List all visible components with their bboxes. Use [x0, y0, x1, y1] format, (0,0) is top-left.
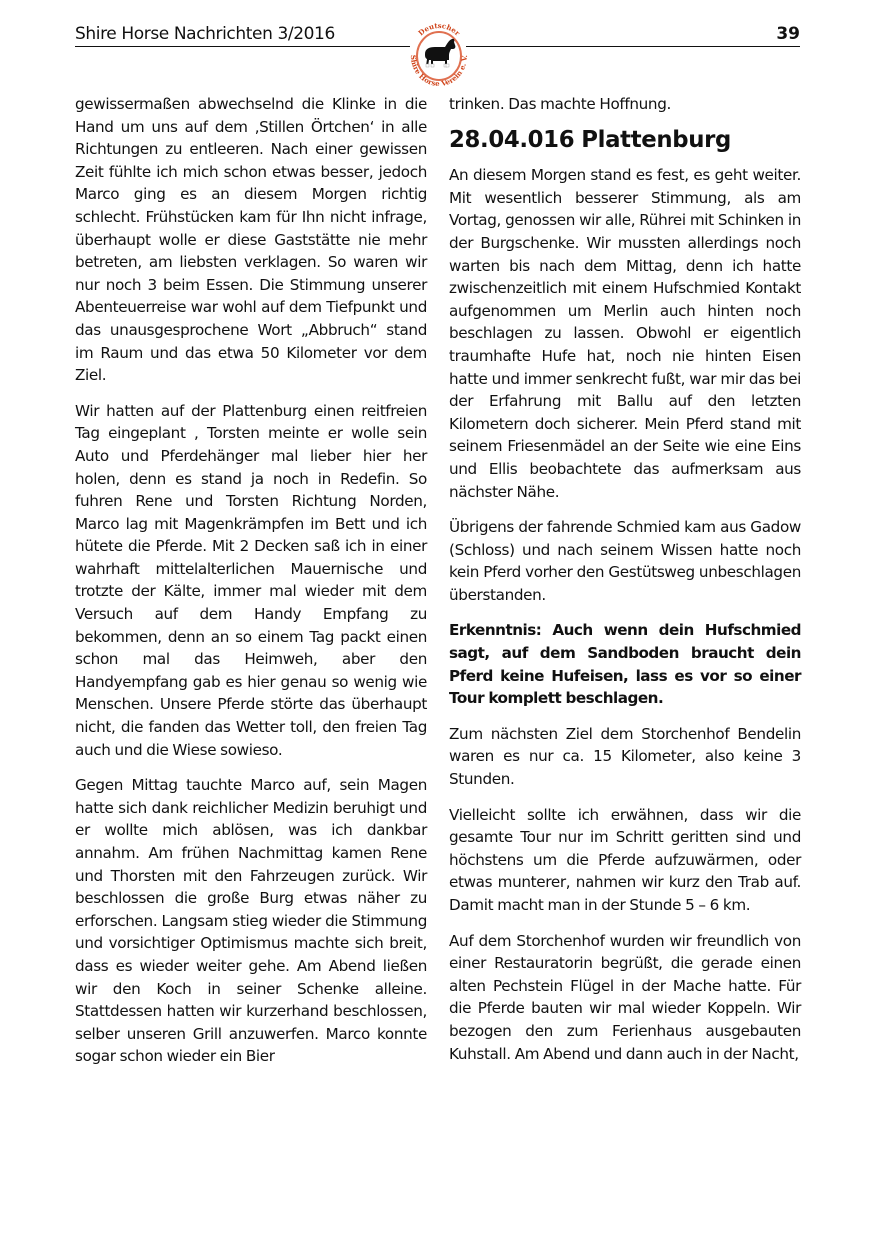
body-paragraph: Auf dem Storchenhof wurden wir freundlic…	[449, 930, 801, 1066]
body-paragraph: Zum nächsten Ziel dem Storchenhof Bendel…	[449, 723, 801, 791]
body-paragraph: trinken. Das machte Hoffnung.	[449, 93, 801, 116]
horse-icon: Deutscher Shire Horse Verein e. V.	[405, 18, 473, 94]
header-rule-right	[466, 46, 800, 47]
header-rule-left	[75, 46, 410, 47]
body-paragraph: Wir hatten auf der Plattenburg einen rei…	[75, 400, 427, 762]
page-header: Shire Horse Nachrichten 3/2016 Deutscher…	[0, 0, 874, 100]
right-column: trinken. Das machte Hoffnung. 28.04.016 …	[449, 93, 801, 1078]
body-paragraph: gewissermaßen abwechselnd die Klinke in …	[75, 93, 427, 387]
left-column: gewissermaßen abwechselnd die Klinke in …	[75, 93, 427, 1081]
section-heading: 28.04.016 Plattenburg	[449, 129, 801, 152]
body-paragraph: Gegen Mittag tauchte Marco auf, sein Mag…	[75, 774, 427, 1068]
publication-title: Shire Horse Nachrichten 3/2016	[75, 24, 335, 44]
insight-callout: Erkenntnis: Auch wenn dein Hufschmied sa…	[449, 619, 801, 709]
club-logo: Deutscher Shire Horse Verein e. V.	[405, 18, 473, 94]
body-paragraph: Vielleicht sollte ich erwähnen, dass wir…	[449, 804, 801, 917]
body-paragraph: An diesem Morgen stand es fest, es geht …	[449, 164, 801, 503]
page-number: 39	[776, 24, 800, 44]
body-paragraph: Übrigens der fahrende Schmied kam aus Ga…	[449, 516, 801, 606]
